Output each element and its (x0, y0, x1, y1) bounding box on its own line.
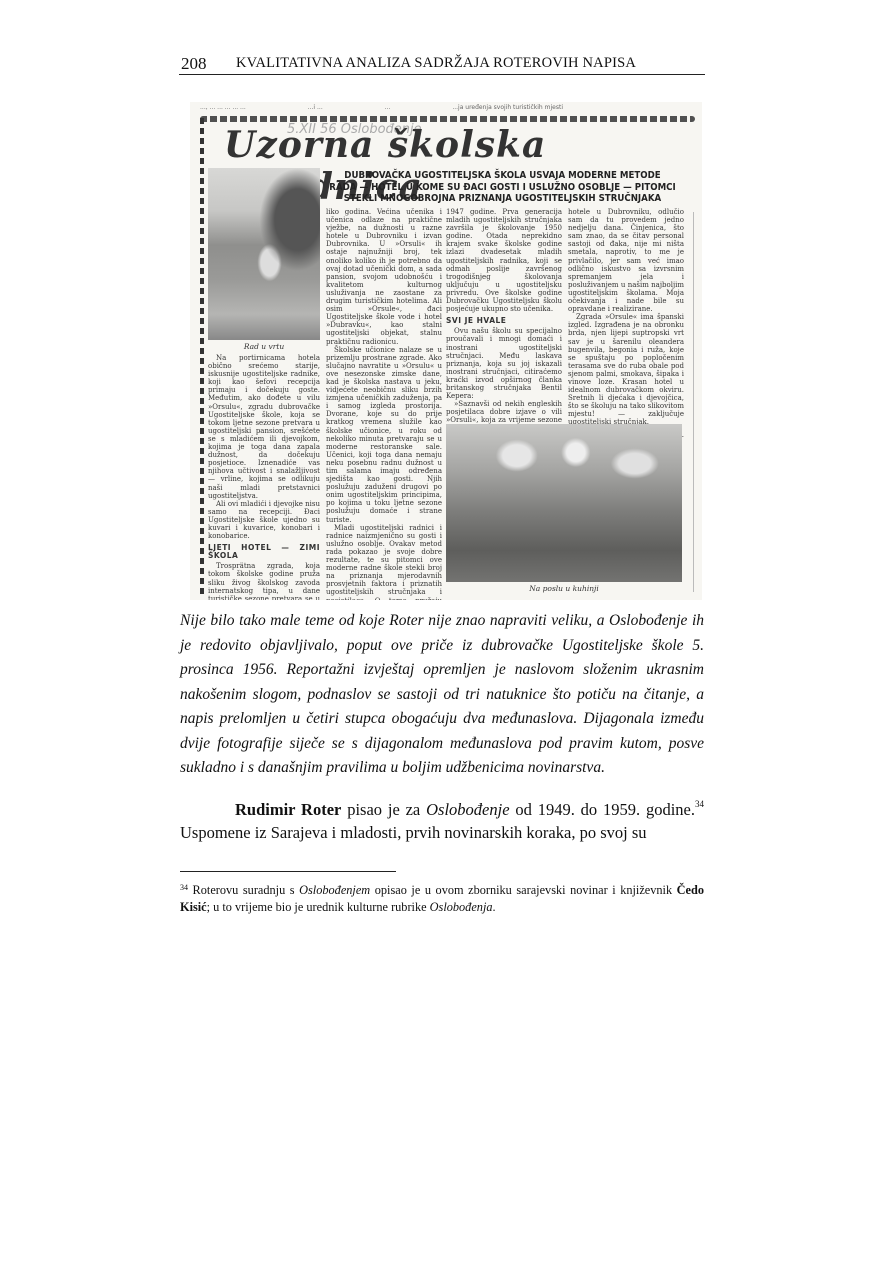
photo-garden (208, 168, 320, 340)
article-column-2: liko godina. Većina učenika i učenica od… (326, 208, 442, 600)
intertitle: LJETI HOTEL — ZIMI ŠKOLA (208, 544, 320, 560)
running-title: KVALITATIVNA ANALIZA SADRŽAJA ROTEROVIH … (236, 55, 636, 72)
footnote: 34 Roterovu suradnju s Oslobođenjem opis… (180, 879, 704, 916)
footnote-number: 34 (180, 883, 188, 892)
photo-garden-caption: Rad u vrtu (208, 342, 320, 351)
footnote-divider (180, 871, 396, 872)
photo-kitchen (446, 424, 682, 582)
decorative-border-left (200, 118, 204, 596)
article-column-1: Na portirnicama hotela obično srećemo st… (208, 354, 320, 600)
decorative-border-top (200, 116, 695, 122)
newspaper-clipping: ..., ... ... ... ... ... ...i ... ... ..… (190, 102, 702, 600)
running-header: 208 KVALITATIVNA ANALIZA SADRŽAJA ROTERO… (179, 52, 705, 75)
newspaper-name: Oslobođenje (426, 800, 509, 819)
photo-kitchen-caption: Na poslu u kuhinji (446, 584, 682, 593)
clipping-top-strip: ..., ... ... ... ... ... ...i ... ... ..… (200, 104, 695, 112)
page-number: 208 (181, 54, 207, 74)
footnote-reference[interactable]: 34 (695, 799, 704, 809)
article-column-3: 1947 godine. Prva generacija mladih ugos… (446, 208, 562, 433)
author-name: Rudimir Roter (235, 800, 341, 819)
article-column-4: hotele u Dubrovniku, odlučio sam da tu p… (568, 208, 684, 439)
clipping-subheadline: DUBROVAČKA UGOSTITELJSKA ŠKOLA USVAJA MO… (329, 170, 676, 205)
intertitle: SVI JE HVALE (446, 317, 562, 325)
figure-caption-paragraph: Nije bilo tako male teme od koje Roter n… (180, 609, 704, 781)
column-rule (693, 212, 694, 592)
body-paragraph: Rudimir Roter pisao je za Oslobođenje od… (180, 793, 704, 844)
